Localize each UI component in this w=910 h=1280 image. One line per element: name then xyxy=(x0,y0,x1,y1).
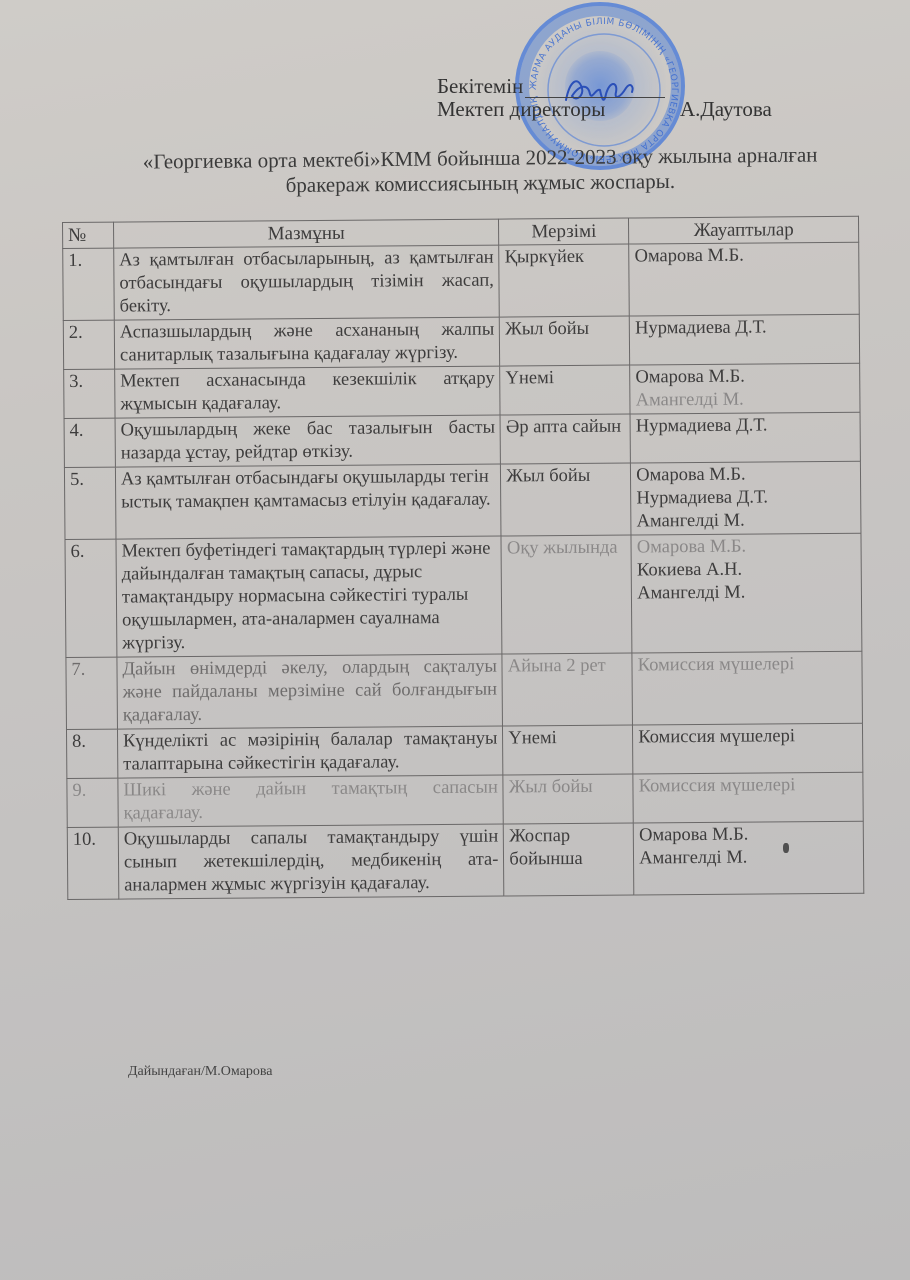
header-content: Мазмұны xyxy=(113,219,499,248)
row-content: Оқушыларды сапалы тамақтандыру үшін сыны… xyxy=(118,824,504,899)
row-term: Жыл бойы xyxy=(503,774,633,824)
table-row: 2.Аспазшылардың және асхананың жалпы сан… xyxy=(63,314,859,369)
responsible-person: Амангелді М. xyxy=(636,388,855,413)
responsible-person: Амангелді М. xyxy=(637,581,856,606)
table-row: 4.Оқушылардың жеке бас тазалығын басты н… xyxy=(64,412,860,467)
row-content: Мектеп буфетіндегі тамақтардың түрлері ж… xyxy=(116,536,502,657)
header-num: № xyxy=(63,222,114,248)
responsible-person: Омарова М.Б. xyxy=(636,463,855,488)
row-term: Жыл бойы xyxy=(500,316,630,366)
row-term: Әр апта сайын xyxy=(500,414,630,464)
responsible-person: Омарова М.Б. xyxy=(634,244,853,269)
row-responsible: Нурмадиева Д.Т. xyxy=(630,412,860,463)
row-content: Дайын өнімдерді әкелу, олардың сақталуы … xyxy=(117,654,503,729)
document-title: «Георгиевка орта мектебі»КММ бойынша 202… xyxy=(100,142,860,200)
row-responsible: Омарова М.Б.Нурмадиева Д.Т.Амангелді М. xyxy=(631,461,861,535)
row-responsible: Омарова М.Б.Амангелді М. xyxy=(630,363,860,414)
work-plan-table: № Мазмұны Мерзімі Жауаптылар 1.Аз қамтыл… xyxy=(62,216,864,900)
row-term: Оқу жылында xyxy=(501,535,632,654)
row-number: 10. xyxy=(67,827,119,899)
row-number: 4. xyxy=(64,418,115,467)
table-row: 5.Аз қамтылған отбасындағы оқушыларды те… xyxy=(64,461,861,539)
responsible-person: Амангелді М. xyxy=(637,509,856,534)
responsible-person: Нурмадиева Д.Т. xyxy=(635,316,854,341)
row-responsible: Омарова М.Б.Кокиева А.Н.Амангелді М. xyxy=(631,533,862,653)
row-number: 5. xyxy=(64,467,116,539)
row-term: Айына 2 рет xyxy=(502,653,632,726)
header-responsible: Жауаптылар xyxy=(629,216,859,244)
responsible-person: Комиссия мүшелері xyxy=(639,774,858,799)
table-row: 8.Күнделікті ас мәзірінің балалар тамақт… xyxy=(66,723,862,778)
row-content: Оқушылардың жеке бас тазалығын басты наз… xyxy=(115,415,501,467)
responsible-person: Омарова М.Б. xyxy=(635,365,854,390)
director-position: Мектеп директоры xyxy=(437,98,665,121)
row-content: Күнделікті ас мәзірінің балалар тамақтан… xyxy=(117,726,503,778)
responsible-person: Нурмадиева Д.Т. xyxy=(636,486,855,511)
table-body: 1.Аз қамтылған отбасыларының, аз қамтылғ… xyxy=(63,242,864,899)
row-content: Мектеп асханасында кезекшілік атқару жұм… xyxy=(115,366,501,418)
row-responsible: Комиссия мүшелері xyxy=(633,723,863,774)
row-responsible: Омарова М.Б. xyxy=(629,242,859,316)
row-number: 9. xyxy=(67,778,118,827)
approved-label: Бекітемін xyxy=(437,74,523,98)
ink-mark xyxy=(783,843,789,853)
row-content: Шикі және дайын тамақтың сапасын қадағал… xyxy=(118,775,504,827)
responsible-person: Кокиева А.Н. xyxy=(637,558,856,583)
table-row: 3.Мектеп асханасында кезекшілік атқару ж… xyxy=(64,363,860,418)
row-number: 1. xyxy=(63,248,115,320)
responsible-person: Омарова М.Б. xyxy=(639,823,858,848)
row-number: 2. xyxy=(63,320,114,369)
row-term: Жоспар бойынша xyxy=(504,823,634,896)
row-content: Аспазшылардың және асхананың жалпы санит… xyxy=(114,317,500,369)
table-row: 10.Оқушыларды сапалы тамақтандыру үшін с… xyxy=(67,821,864,899)
responsible-person: Амангелді М. xyxy=(639,846,858,871)
responsible-person: Комиссия мүшелері xyxy=(638,725,857,750)
row-responsible: Нурмадиева Д.Т. xyxy=(630,314,860,365)
row-responsible: Омарова М.Б.Амангелді М. xyxy=(633,821,863,895)
responsible-person: Нурмадиева Д.Т. xyxy=(636,414,855,439)
row-number: 7. xyxy=(66,657,118,729)
table-row: 9.Шикі және дайын тамақтың сапасын қадағ… xyxy=(67,772,863,827)
prepared-by: Дайындаған/М.Омарова xyxy=(128,1064,273,1080)
row-content: Аз қамтылған отбасындағы оқушыларды тегі… xyxy=(115,464,501,539)
table-row: 1.Аз қамтылған отбасыларының, аз қамтылғ… xyxy=(63,242,860,320)
row-term: Үнемі xyxy=(500,365,630,415)
document-page: ЖАРМА АУДАНЫ БІЛІМ БӨЛІМІНІҢ «ГЕОРГИЕВКА… xyxy=(0,0,910,1280)
header-term: Мерзімі xyxy=(499,218,629,245)
row-content: Аз қамтылған отбасыларының, аз қамтылған… xyxy=(114,245,500,320)
row-number: 3. xyxy=(64,369,115,418)
row-term: Үнемі xyxy=(503,725,633,775)
table-row: 7.Дайын өнімдерді әкелу, олардың сақталу… xyxy=(66,651,863,729)
row-number: 6. xyxy=(65,539,117,657)
row-term: Қыркүйек xyxy=(499,244,629,317)
director-name: А.Даутова xyxy=(680,98,772,121)
table-row: 6.Мектеп буфетіндегі тамақтардың түрлері… xyxy=(65,533,862,657)
row-responsible: Комиссия мүшелері xyxy=(633,772,863,823)
row-term: Жыл бойы xyxy=(501,463,631,536)
responsible-person: Омарова М.Б. xyxy=(637,535,856,560)
responsible-person: Комиссия мүшелері xyxy=(638,653,857,678)
row-number: 8. xyxy=(66,729,117,778)
approval-block: Бекітемін Мектеп директоры А.Даутова xyxy=(437,75,665,121)
row-responsible: Комиссия мүшелері xyxy=(632,651,862,725)
